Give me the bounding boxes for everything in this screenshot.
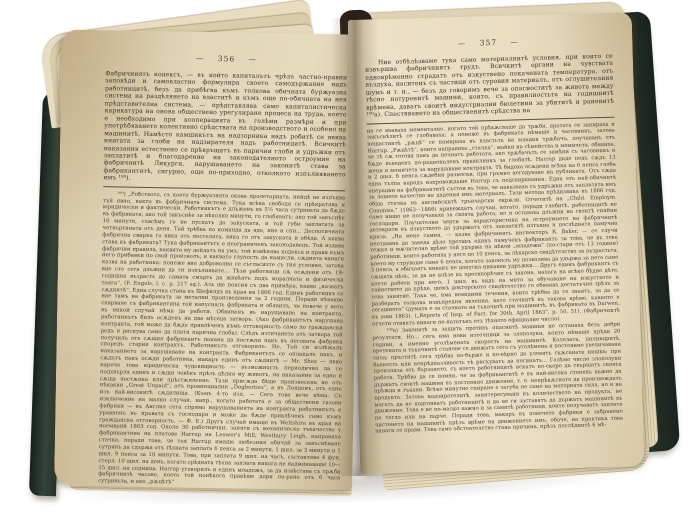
footnote-separator-rule	[103, 186, 345, 191]
left-page-number: — 356 —	[105, 52, 347, 65]
right-page-body-text: Ние отбѣлѣзваме тука само материалнитѣ у…	[365, 53, 615, 120]
left-page-body-text: Фабричниятъ кодексъ, — въ който капиталъ…	[103, 70, 347, 186]
right-page-footnote-190a: ¹⁹⁰а) Законитѣ за защита противъ опаснит…	[372, 322, 623, 435]
right-page-footnote-189-continued: не се явяваха моментално, когато той прѣ…	[367, 121, 620, 328]
photo-background: — 356 — Фабричниятъ кодексъ, — въ който …	[0, 0, 700, 516]
left-page: — 356 — Фабричниятъ кодексъ, — въ който …	[54, 29, 360, 490]
right-page: — 357 — Ние отбѣлѣзваме тука само матери…	[348, 12, 645, 474]
right-page-number: — 357 —	[364, 35, 612, 51]
left-page-footnote-189: ¹⁸⁹) „Робството, съ което буржуазията ок…	[98, 191, 345, 489]
